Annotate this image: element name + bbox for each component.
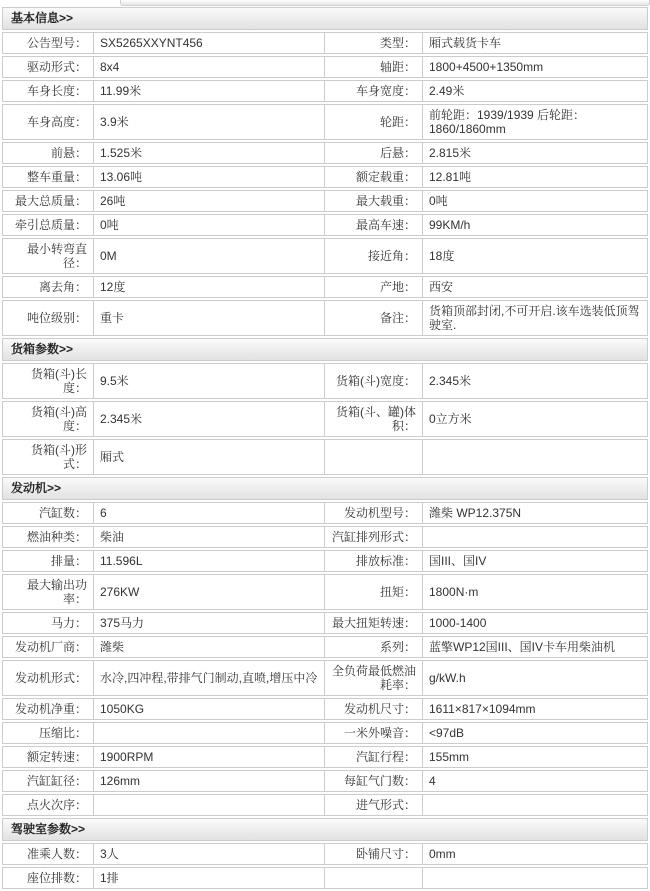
spec-value: 厢式载货卡车 (422, 33, 647, 53)
spec-label: 燃油种类： (3, 527, 93, 547)
spec-value: 1.525米 (93, 143, 325, 163)
spec-row: 发动机厂商：潍柴系列：蓝擎WP12国III、国IV卡车用柴油机 (2, 636, 648, 658)
spec-value: 11.99米 (93, 81, 325, 101)
spec-label (325, 440, 422, 474)
spec-row: 燃油种类：柴油汽缸排列形式： (2, 526, 648, 548)
spec-label: 最小转弯直径： (3, 239, 93, 273)
spec-label: 最高车速： (325, 215, 422, 235)
spec-label: 发动机型号： (325, 503, 422, 523)
spec-value: 3人 (93, 844, 325, 864)
spec-label: 全负荷最低燃油耗率： (325, 661, 422, 695)
spec-label: 前悬： (3, 143, 93, 163)
spec-row: 货箱(斗)形式：厢式 (2, 439, 648, 475)
spec-label: 发动机形式： (3, 661, 93, 695)
section-basic-info: 基本信息>>公告型号：SX5265XXYNT456类型：厢式载货卡车驱动形式：8… (2, 7, 648, 336)
spec-label: 排放标准： (325, 551, 422, 571)
spec-label: 车身长度： (3, 81, 93, 101)
spec-label: 产地： (325, 277, 422, 297)
spec-value: 3.9米 (93, 105, 325, 139)
spec-label: 一米外噪音： (325, 723, 422, 743)
spec-value: 12.81吨 (422, 167, 647, 187)
spec-row: 马力：375马力最大扭矩转速：1000-1400 (2, 612, 648, 634)
spec-label: 轮距： (325, 105, 422, 139)
spec-row: 点火次序：进气形式： (2, 794, 648, 816)
spec-value: 1800N·m (422, 575, 647, 609)
spec-row: 车身长度：11.99米车身宽度：2.49米 (2, 80, 648, 102)
spec-label: 汽缸数： (3, 503, 93, 523)
spec-value: 0吨 (422, 191, 647, 211)
spec-value: 2.345米 (93, 402, 325, 436)
section-header-engine: 发动机>> (2, 477, 648, 500)
spec-label: 卧铺尺寸： (325, 844, 422, 864)
spec-row: 发动机形式：水冷,四冲程,带排气门制动,直喷,增压中冷全负荷最低燃油耗率：g/k… (2, 660, 648, 696)
spec-value: 2.815米 (422, 143, 647, 163)
spec-value (422, 440, 647, 474)
spec-label: 发动机净重： (3, 699, 93, 719)
spec-label: 公告型号： (3, 33, 93, 53)
section-header-cab-params: 驾驶室参数>> (2, 818, 648, 841)
spec-label: 车身宽度： (325, 81, 422, 101)
spec-label: 系列： (325, 637, 422, 657)
spec-value: 1800+4500+1350mm (422, 57, 647, 77)
spec-row: 最大输出功率：276KW扭矩：1800N·m (2, 574, 648, 610)
spec-value: 1900RPM (93, 747, 325, 767)
spec-value: 99KM/h (422, 215, 647, 235)
spec-value: g/kW.h (422, 661, 647, 695)
spec-value (422, 527, 647, 547)
spec-label: 马力： (3, 613, 93, 633)
spec-row: 车身高度：3.9米轮距：前轮距：1939/1939 后轮距：1860/1860m… (2, 104, 648, 140)
clipped-element-bottom-edge (120, 0, 650, 6)
spec-row: 发动机净重：1050KG发动机尺寸：1611×817×1094mm (2, 698, 648, 720)
spec-value: 国III、国IV (422, 551, 647, 571)
spec-value (93, 795, 325, 815)
spec-row: 压缩比：一米外噪音：<97dB (2, 722, 648, 744)
spec-label: 发动机厂商： (3, 637, 93, 657)
spec-label: 备注： (325, 301, 422, 335)
spec-row: 离去角：12度产地：西安 (2, 276, 648, 298)
spec-value: 11.596L (93, 551, 325, 571)
spec-row: 排量：11.596L排放标准：国III、国IV (2, 550, 648, 572)
spec-value: 潍柴 WP12.375N (422, 503, 647, 523)
spec-value: 12度 (93, 277, 325, 297)
spec-value: 柴油 (93, 527, 325, 547)
spec-label: 汽缸行程： (325, 747, 422, 767)
spec-row: 吨位级别：重卡备注：货箱顶部封闭,不可开启.该车选装低顶驾驶室. (2, 300, 648, 336)
spec-value: 重卡 (93, 301, 325, 335)
spec-label: 发动机尺寸： (325, 699, 422, 719)
spec-label: 排量： (3, 551, 93, 571)
spec-label: 准乘人数： (3, 844, 93, 864)
spec-value: 375马力 (93, 613, 325, 633)
spec-label: 接近角： (325, 239, 422, 273)
spec-value: 厢式 (93, 440, 325, 474)
spec-value: 西安 (422, 277, 647, 297)
spec-value: 潍柴 (93, 637, 325, 657)
spec-row: 牵引总质量：0吨最高车速：99KM/h (2, 214, 648, 236)
section-engine: 发动机>>汽缸数：6发动机型号：潍柴 WP12.375N燃油种类：柴油汽缸排列形… (2, 477, 648, 816)
sections-root: 基本信息>>公告型号：SX5265XXYNT456类型：厢式载货卡车驱动形式：8… (2, 7, 648, 889)
spec-value (422, 868, 647, 888)
spec-value: 13.06吨 (93, 167, 325, 187)
spec-value: 155mm (422, 747, 647, 767)
spec-label: 最大载重： (325, 191, 422, 211)
spec-label: 牵引总质量： (3, 215, 93, 235)
spec-row: 货箱(斗)长度：9.5米货箱(斗)宽度：2.345米 (2, 363, 648, 399)
spec-label: 额定载重： (325, 167, 422, 187)
spec-row: 汽缸数：6发动机型号：潍柴 WP12.375N (2, 502, 648, 524)
spec-label: 货箱(斗)形式： (3, 440, 93, 474)
section-cargo-box-params: 货箱参数>>货箱(斗)长度：9.5米货箱(斗)宽度：2.345米货箱(斗)高度：… (2, 338, 648, 475)
vehicle-spec-sheet: 基本信息>>公告型号：SX5265XXYNT456类型：厢式载货卡车驱动形式：8… (0, 0, 650, 889)
spec-value: SX5265XXYNT456 (93, 33, 325, 53)
spec-value: 1611×817×1094mm (422, 699, 647, 719)
spec-label: 吨位级别： (3, 301, 93, 335)
spec-value: 26吨 (93, 191, 325, 211)
spec-value: 1排 (93, 868, 325, 888)
spec-value: 126mm (93, 771, 325, 791)
spec-value: 0mm (422, 844, 647, 864)
spec-value: 0M (93, 239, 325, 273)
spec-value: 前轮距：1939/1939 后轮距：1860/1860mm (422, 105, 647, 139)
spec-value: 0吨 (93, 215, 325, 235)
spec-value: 6 (93, 503, 325, 523)
spec-label: 整车重量： (3, 167, 93, 187)
spec-value: 货箱顶部封闭,不可开启.该车选装低顶驾驶室. (422, 301, 647, 335)
spec-row: 整车重量：13.06吨额定载重：12.81吨 (2, 166, 648, 188)
spec-value (422, 795, 647, 815)
spec-label: 驱动形式： (3, 57, 93, 77)
spec-row: 额定转速：1900RPM汽缸行程：155mm (2, 746, 648, 768)
spec-value: 4 (422, 771, 647, 791)
spec-row: 汽缸缸径：126mm每缸气门数：4 (2, 770, 648, 792)
spec-label: 压缩比： (3, 723, 93, 743)
spec-label: 货箱(斗)长度： (3, 364, 93, 398)
spec-row: 准乘人数：3人卧铺尺寸：0mm (2, 843, 648, 865)
spec-row: 驱动形式：8x4轴距：1800+4500+1350mm (2, 56, 648, 78)
spec-value: 18度 (422, 239, 647, 273)
spec-value: 蓝擎WP12国III、国IV卡车用柴油机 (422, 637, 647, 657)
spec-value: 水冷,四冲程,带排气门制动,直喷,增压中冷 (93, 661, 325, 695)
spec-label: 额定转速： (3, 747, 93, 767)
spec-label: 点火次序： (3, 795, 93, 815)
spec-value: 1050KG (93, 699, 325, 719)
spec-label: 座位排数： (3, 868, 93, 888)
spec-row: 最小转弯直径：0M接近角：18度 (2, 238, 648, 274)
spec-label: 离去角： (3, 277, 93, 297)
spec-label: 后悬： (325, 143, 422, 163)
spec-label: 汽缸缸径： (3, 771, 93, 791)
spec-label: 最大总质量： (3, 191, 93, 211)
spec-row: 前悬：1.525米后悬：2.815米 (2, 142, 648, 164)
spec-label: 进气形式： (325, 795, 422, 815)
spec-label: 车身高度： (3, 105, 93, 139)
spec-label: 每缸气门数： (325, 771, 422, 791)
spec-label: 最大输出功率： (3, 575, 93, 609)
spec-row: 货箱(斗)高度：2.345米货箱(斗、罐)体积：0立方米 (2, 401, 648, 437)
spec-value: 8x4 (93, 57, 325, 77)
spec-label: 货箱(斗、罐)体积： (325, 402, 422, 436)
spec-value: 2.49米 (422, 81, 647, 101)
spec-row: 最大总质量：26吨最大载重：0吨 (2, 190, 648, 212)
spec-value: 1000-1400 (422, 613, 647, 633)
section-header-cargo-box-params: 货箱参数>> (2, 338, 648, 361)
spec-label (325, 868, 422, 888)
spec-label: 汽缸排列形式： (325, 527, 422, 547)
spec-label: 轴距： (325, 57, 422, 77)
spec-value: 0立方米 (422, 402, 647, 436)
spec-label: 扭矩： (325, 575, 422, 609)
spec-label: 货箱(斗)高度： (3, 402, 93, 436)
spec-row: 座位排数：1排 (2, 867, 648, 889)
spec-value: <97dB (422, 723, 647, 743)
spec-value: 9.5米 (93, 364, 325, 398)
section-header-basic-info: 基本信息>> (2, 7, 648, 30)
spec-label: 类型： (325, 33, 422, 53)
spec-label: 最大扭矩转速： (325, 613, 422, 633)
spec-label: 货箱(斗)宽度： (325, 364, 422, 398)
spec-value: 276KW (93, 575, 325, 609)
section-cab-params: 驾驶室参数>>准乘人数：3人卧铺尺寸：0mm座位排数：1排 (2, 818, 648, 889)
spec-value (93, 723, 325, 743)
spec-value: 2.345米 (422, 364, 647, 398)
spec-row: 公告型号：SX5265XXYNT456类型：厢式载货卡车 (2, 32, 648, 54)
